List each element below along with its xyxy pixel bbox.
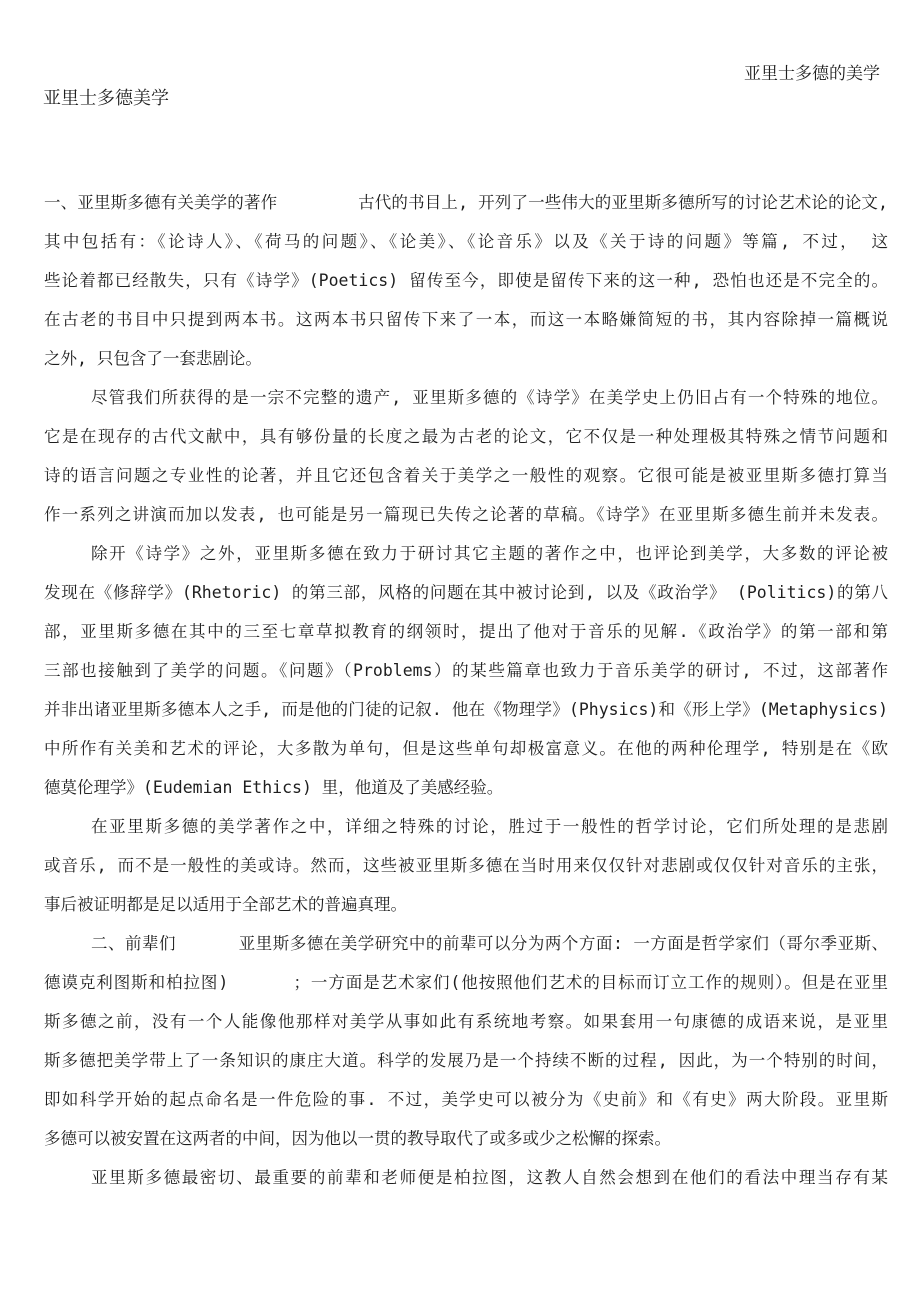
text-line: 或音乐, 而不是一般性的美或诗。然而，这些被亚里斯多德在当时用来仅仅针对悲剧或仅…: [44, 846, 888, 885]
text-line: 在亚里斯多德的美学著作之中，详细之特殊的讨论，胜过于一般性的哲学讨论，它们所处理…: [44, 807, 888, 846]
text-line: 德谟克利图斯和柏拉图) ；一方面是艺术家们(他按照他们艺术的目标而订立工作的规则…: [44, 963, 888, 1002]
text-line: 之外, 只包含了一套悲剧论。: [44, 339, 888, 378]
text-line: 一、亚里斯多德有关美学的著作 古代的书目上, 开列了一些伟大的亚里斯多德所写的讨…: [44, 183, 888, 222]
text-line: 并非出诸亚里斯多德本人之手, 而是他的门徒的记叙. 他在《物理学》(Physic…: [44, 690, 888, 729]
text-line: 即如科学开始的起点命名是一件危险的事. 不过，美学史可以被分为《史前》和《有史》…: [44, 1080, 888, 1119]
paragraph-6: 亚里斯多德最密切、最重要的前辈和老师便是柏拉图，这教人自然会想到在他们的看法中理…: [44, 1158, 888, 1197]
document-title: 亚里士多德美学: [43, 86, 169, 112]
text-line: 些论着都已经散失，只有《诗学》(Poetics) 留传至今，即使是留传下来的这一…: [44, 261, 888, 300]
text-line: 诗的语言问题之专业性的论著，并且它还包含着关于美学之一般性的观察。它很可能是被亚…: [44, 456, 888, 495]
text-line: 二、前辈们 亚里斯多德在美学研究中的前辈可以分为两个方面: 一方面是哲学家们（哥…: [44, 924, 888, 963]
paragraph-1: 一、亚里斯多德有关美学的著作 古代的书目上, 开列了一些伟大的亚里斯多德所写的讨…: [44, 183, 888, 378]
text-line: 它是在现存的古代文献中，具有够份量的长度之最为古老的论文，它不仅是一种处理极其特…: [44, 417, 888, 456]
text-line: 其中包括有：《论诗人》、《荷马的问题》、《论美》、《论音乐》以及《关于诗的问题》…: [44, 222, 888, 261]
text-line: 多德可以被安置在这两者的中间，因为他以一贯的教导取代了或多或少之松懈的探索。: [44, 1119, 888, 1158]
text-line: 德莫伦理学》(Eudemian Ethics) 里，他道及了美感经验。: [44, 768, 888, 807]
text-line: 三部也接触到了美学的问题。《问题》（Problems）的某些篇章也致力于音乐美学…: [44, 651, 888, 690]
text-line: 作一系列之讲演而加以发表, 也可能是另一篇现已失传之论著的草稿。《诗学》在亚里斯…: [44, 495, 888, 534]
text-line: 部，亚里斯多德在其中的三至七章草拟教育的纲领时，提出了他对于音乐的见解.《政治学…: [44, 612, 888, 651]
text-line: 事后被证明都是足以适用于全部艺术的普遍真理。: [44, 885, 888, 924]
page-header: 亚里士多德的美学: [744, 62, 880, 86]
text-line: 除开《诗学》之外，亚里斯多德在致力于研讨其它主题的著作之中，也评论到美学，大多数…: [44, 534, 888, 573]
text-line: 在古老的书目中只提到两本书。这两本书只留传下来了一本，而这一本略嫌简短的书，其内…: [44, 300, 888, 339]
text-line: 斯多德把美学带上了一条知识的康庄大道。科学的发展乃是一个持续不断的过程, 因此，…: [44, 1041, 888, 1080]
text-line: 中所作有关美和艺术的评论，大多散为单句，但是这些单句却极富意义。在他的两种伦理学…: [44, 729, 888, 768]
document-page: 亚里士多德的美学 亚里士多德美学 一、亚里斯多德有关美学的著作 古代的书目上, …: [0, 0, 920, 1302]
paragraph-5: 二、前辈们 亚里斯多德在美学研究中的前辈可以分为两个方面: 一方面是哲学家们（哥…: [44, 924, 888, 1158]
text-line: 尽管我们所获得的是一宗不完整的遗产, 亚里斯多德的《诗学》在美学史上仍旧占有一个…: [44, 378, 888, 417]
text-line: 亚里斯多德最密切、最重要的前辈和老师便是柏拉图，这教人自然会想到在他们的看法中理…: [44, 1158, 888, 1197]
document-body: 一、亚里斯多德有关美学的著作 古代的书目上, 开列了一些伟大的亚里斯多德所写的讨…: [44, 183, 888, 1197]
text-line: 发现在《修辞学》(Rhetoric) 的第三部，风格的问题在其中被讨论到, 以及…: [44, 573, 888, 612]
paragraph-3: 除开《诗学》之外，亚里斯多德在致力于研讨其它主题的著作之中，也评论到美学，大多数…: [44, 534, 888, 807]
text-line: 斯多德之前，没有一个人能像他那样对美学从事如此有系统地考察。如果套用一句康德的成…: [44, 1002, 888, 1041]
paragraph-2: 尽管我们所获得的是一宗不完整的遗产, 亚里斯多德的《诗学》在美学史上仍旧占有一个…: [44, 378, 888, 534]
paragraph-4: 在亚里斯多德的美学著作之中，详细之特殊的讨论，胜过于一般性的哲学讨论，它们所处理…: [44, 807, 888, 924]
